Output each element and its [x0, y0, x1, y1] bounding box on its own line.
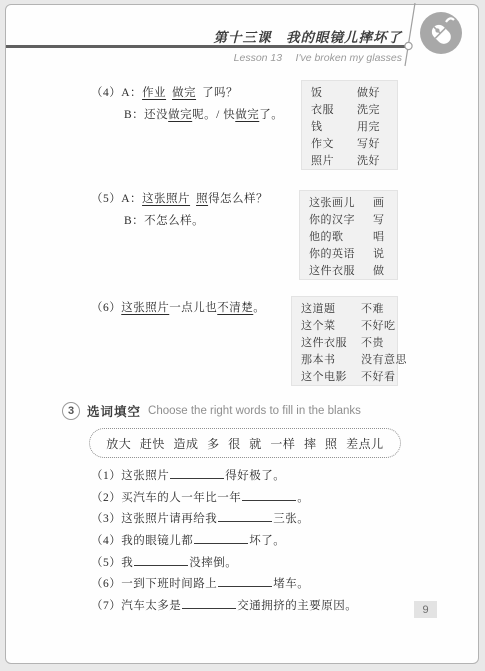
blank-line — [134, 553, 188, 566]
fill-item-2: （2）买汽车的人一年比一年。 — [91, 488, 357, 510]
word-bank: 放大 赶快 造成 多 很 就 一样 摔 照 差点儿 — [89, 428, 401, 458]
dialog-5-line-b: B：不怎么样。 — [91, 213, 268, 229]
fill-in-blank-list: （1）这张照片得好极了。 （2）买汽车的人一年比一年。 （3）这张照片请再给我三… — [91, 466, 357, 618]
blank-line — [218, 509, 272, 522]
fill-item-7: （7）汽车太多是交通拥挤的主要原因。 — [91, 596, 357, 618]
mouse-icon — [419, 11, 463, 55]
word-bank-word: 摔 — [304, 435, 317, 452]
dialog-4-line-a: （4）A：作业做完了吗？ — [91, 85, 283, 101]
fill-item-3: （3）这张照片请再给我三张。 — [91, 509, 357, 531]
fill-item-1: （1）这张照片得好极了。 — [91, 466, 357, 488]
word-pair-box-3: 这道题不难 这个菜不好吃 这件衣服不贵 那本书没有意思 这个电影不好看 — [291, 296, 398, 386]
dialog-4-line-b: B：还没做完呢。/ 快做完了。 — [91, 107, 283, 123]
word-bank-word: 差点儿 — [346, 435, 384, 452]
word-pair-box-1: 饭做好 衣服洗完 钱用完 作文写好 照片洗好 — [301, 80, 398, 170]
word-bank-word: 一样 — [270, 435, 295, 452]
word-bank-word: 放大 — [106, 435, 131, 452]
blank-line — [194, 531, 248, 544]
word-pair-box-2: 这张画儿画 你的汉字写 他的歌唱 你的英语说 这件衣服做 — [299, 190, 398, 280]
blank-line — [170, 466, 224, 479]
blank-line — [218, 574, 272, 587]
section-3-heading: 3 选词填空 Choose the right words to fill in… — [62, 402, 361, 420]
dialog-item-4: （4）A：作业做完了吗？ B：还没做完呢。/ 快做完了。 — [91, 85, 283, 123]
textbook-page: 第十三课 我的眼镜儿摔坏了 Lesson 13 I've broken my g… — [5, 4, 479, 664]
blank-line — [182, 596, 236, 609]
lesson-title-zh: 第十三课 我的眼镜儿摔坏了 — [214, 26, 403, 46]
section-title-zh: 选词填空 — [87, 402, 141, 420]
fill-item-4: （4）我的眼镜儿都坏了。 — [91, 531, 357, 553]
header-rule — [6, 45, 405, 48]
dialog-item-5: （5）A：这张照片照得怎么样？ B：不怎么样。 — [91, 191, 268, 229]
word-bank-word: 多 — [207, 435, 220, 452]
word-bank-word: 赶快 — [140, 435, 165, 452]
fill-item-6: （6）一到下班时间路上堵车。 — [91, 574, 357, 596]
fill-item-5: （5）我没摔倒。 — [91, 553, 357, 575]
section-title-en: Choose the right words to fill in the bl… — [148, 405, 361, 417]
word-bank-word: 造成 — [173, 435, 198, 452]
dialog-5-line-a: （5）A：这张照片照得怎么样？ — [91, 191, 268, 207]
word-bank-word: 照 — [325, 435, 338, 452]
page-number: 9 — [414, 601, 437, 618]
dialog-item-6: （6）这张照片一点儿也不清楚。 — [91, 300, 265, 316]
blank-line — [242, 488, 296, 501]
lesson-title-en: Lesson 13 I've broken my glasses — [234, 50, 402, 65]
word-bank-word: 很 — [228, 435, 241, 452]
section-number-circle: 3 — [62, 402, 80, 420]
word-bank-word: 就 — [249, 435, 262, 452]
